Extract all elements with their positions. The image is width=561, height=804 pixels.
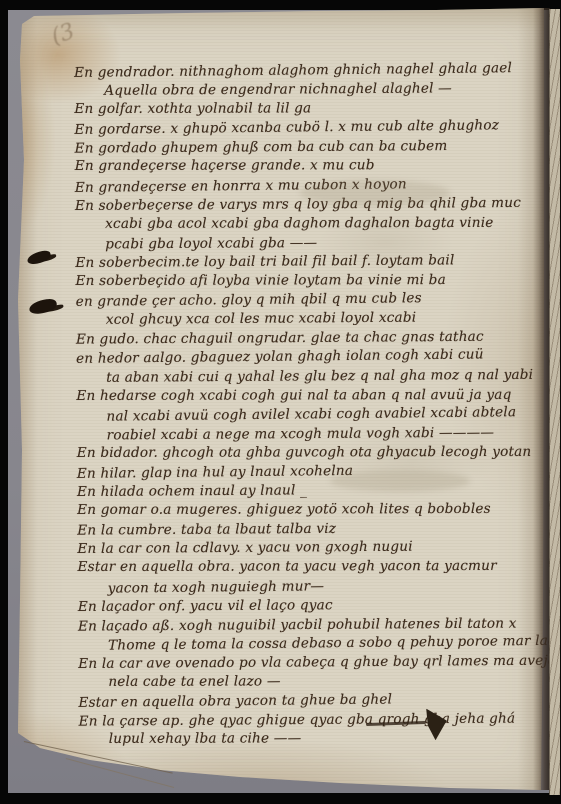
manuscript-line: xcol ghcuy xca col les muc xcabi loyol x…: [106, 308, 532, 330]
manuscript-line: lupul xehay lba ta cihe ——: [109, 729, 535, 749]
binding-gutter-shadow: [533, 8, 550, 790]
manuscript-line: xcabi gba acol xcabi gba daghom daghalon…: [105, 213, 531, 233]
manuscript-line: En gomar o.a mugeres. ghiguez yotö xcoh …: [77, 500, 533, 520]
bleed-through-smudge-2: [330, 470, 470, 492]
manuscript-line: En la cumbre. taba ta lbaut talba viz: [77, 519, 533, 541]
manuscript-line: Estar en aquella obra. yacon ta yacu veg…: [78, 557, 534, 577]
manuscript-line: En soberbecim.te loy bail tri bail fil b…: [75, 251, 531, 273]
manuscript-line: ta aban xabi cui q yahal les glu bez q n…: [106, 365, 532, 387]
manuscript-line: En hedarse cogh xcabi cogh gui nal ta ab…: [76, 385, 532, 405]
adjacent-page-edge: [549, 9, 561, 795]
manuscript-line: En grandeçerse haçerse grande. x mu cub: [75, 156, 531, 176]
manuscript-line: roabiel xcabi a nege ma xcogh mula vogh …: [107, 423, 533, 445]
manuscript-photo: (3 En gendrador. nithnaghom alaghom ghni…: [0, 0, 561, 804]
manuscript-line: yacon ta xogh nuguiegh mur—: [108, 575, 534, 599]
bleed-through-smudge-1: [300, 180, 450, 206]
manuscript-line: pcabi gba loyol xcabi gba ——: [105, 232, 531, 254]
manuscript-line: Aquella obra de engendrar nichnaghel ala…: [104, 79, 530, 101]
manuscript-lines: En gendrador. nithnaghom alaghom ghnich …: [74, 60, 535, 751]
